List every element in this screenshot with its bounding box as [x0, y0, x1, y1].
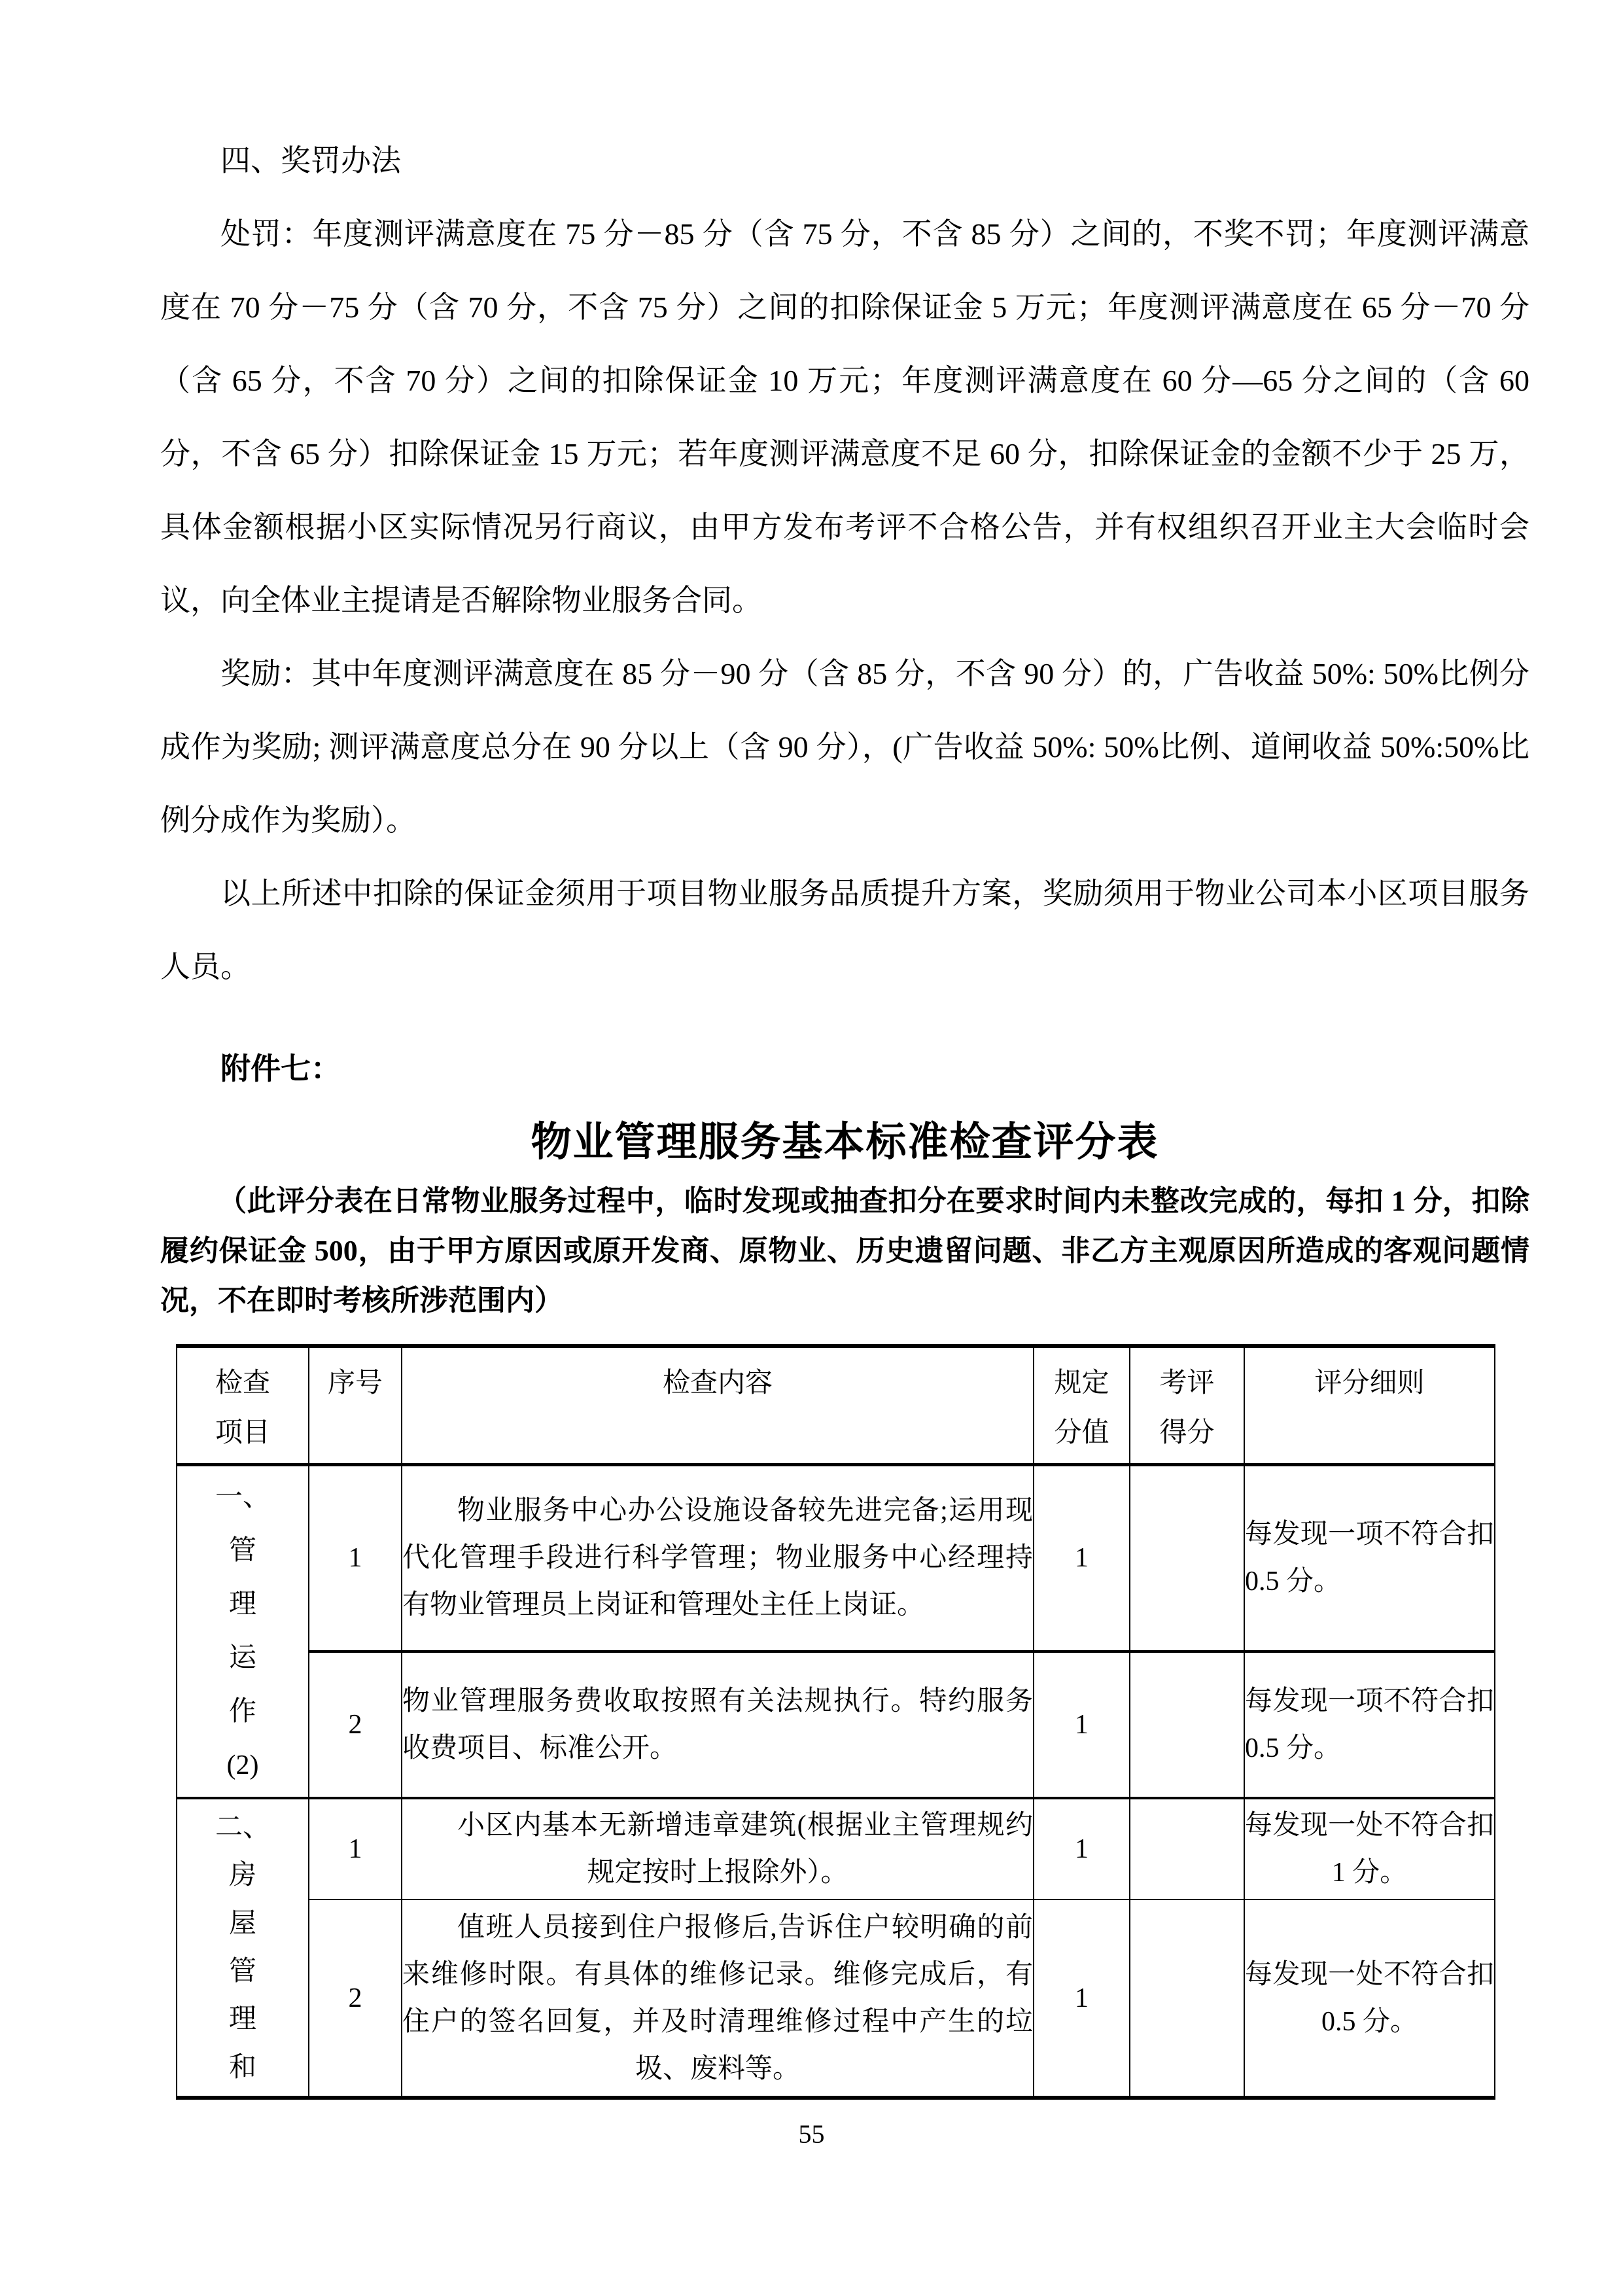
paragraph-reward: 奖励：其中年度测评满意度在 85 分－90 分（含 85 分，不含 90 分）的…	[160, 637, 1529, 857]
row-scoring-rule: 每发现一处不符合扣 1 分。	[1244, 1798, 1495, 1899]
paragraph-deposit-usage: 以上所述中扣除的保证金须用于项目物业服务品质提升方案，奖励须用于物业公司本小区项…	[160, 857, 1529, 1004]
paragraph-punishment: 处罚：年度测评满意度在 75 分－85 分（含 75 分，不含 85 分）之间的…	[160, 198, 1529, 637]
row-required-score: 1	[1034, 1899, 1130, 2098]
row-check-content: 小区内基本无新增违章建筑(根据业主管理规约规定按时上报除外）。	[402, 1798, 1034, 1899]
table-row: 一、 管 理 运 作 (2) 1 物业服务中心办公设施设备较先进完备;运用现代化…	[177, 1464, 1495, 1651]
row-scoring-rule: 每发现一项不符合扣 0.5 分。	[1244, 1651, 1495, 1798]
row-check-content: 物业管理服务费收取按照有关法规执行。特约服务收费项目、标准公开。	[402, 1651, 1034, 1798]
row-check-content: 物业服务中心办公设施设备较先进完备;运用现代化管理手段进行科学管理；物业服务中心…	[402, 1464, 1034, 1651]
page-number: 55	[0, 2119, 1623, 2149]
attachment-label: 附件七：	[160, 1033, 1529, 1106]
row-scoring-rule: 每发现一项不符合扣 0.5 分。	[1244, 1464, 1495, 1651]
row-seq-no: 2	[309, 1651, 402, 1798]
table-row: 2 物业管理服务费收取按照有关法规执行。特约服务收费项目、标准公开。 1 每发现…	[177, 1651, 1495, 1798]
row-check-content: 值班人员接到住户报修后,告诉住户较明确的前来维修时限。有具体的维修记录。维修完成…	[402, 1899, 1034, 2098]
header-seq-no: 序号	[309, 1346, 402, 1464]
note-paragraph: （此评分表在日常物业服务过程中，临时发现或抽查扣分在要求时间内未整改完成的，每扣…	[160, 1176, 1529, 1326]
section-heading: 四、奖罚办法	[160, 124, 1529, 198]
row-seq-no: 1	[309, 1464, 402, 1651]
row-required-score: 1	[1034, 1651, 1130, 1798]
section-label-housing: 二、 房 屋 管 理 和	[177, 1798, 309, 2098]
document-page: 四、奖罚办法 处罚：年度测评满意度在 75 分－85 分（含 75 分，不含 8…	[0, 0, 1623, 2296]
row-seq-no: 1	[309, 1798, 402, 1899]
section-label-management: 一、 管 理 运 作 (2)	[177, 1464, 309, 1798]
header-check-item: 检查 项目	[177, 1346, 309, 1464]
row-earned-score	[1130, 1798, 1244, 1899]
row-earned-score	[1130, 1464, 1244, 1651]
header-earned-score: 考评 得分	[1130, 1346, 1244, 1464]
row-seq-no: 2	[309, 1899, 402, 2098]
header-scoring-rules: 评分细则	[1244, 1346, 1495, 1464]
header-check-content: 检查内容	[402, 1346, 1034, 1464]
table-header-row: 检查 项目 序号 检查内容 规定 分值 考评 得分	[177, 1346, 1495, 1464]
row-earned-score	[1130, 1899, 1244, 2098]
row-earned-score	[1130, 1651, 1244, 1798]
document-content: 四、奖罚办法 处罚：年度测评满意度在 75 分－85 分（含 75 分，不含 8…	[0, 0, 1623, 2100]
table-title: 物业管理服务基本标准检查评分表	[160, 1111, 1529, 1174]
score-table: 检查 项目 序号 检查内容 规定 分值 考评 得分	[176, 1344, 1495, 2100]
table-row: 二、 房 屋 管 理 和 1 小区内基本无新增违章建筑(根据业主管理规约规定按时…	[177, 1798, 1495, 1899]
row-scoring-rule: 每发现一处不符合扣 0.5 分。	[1244, 1899, 1495, 2098]
table-row: 2 值班人员接到住户报修后,告诉住户较明确的前来维修时限。有具体的维修记录。维修…	[177, 1899, 1495, 2098]
header-required-score: 规定 分值	[1034, 1346, 1130, 1464]
row-required-score: 1	[1034, 1798, 1130, 1899]
row-required-score: 1	[1034, 1464, 1130, 1651]
